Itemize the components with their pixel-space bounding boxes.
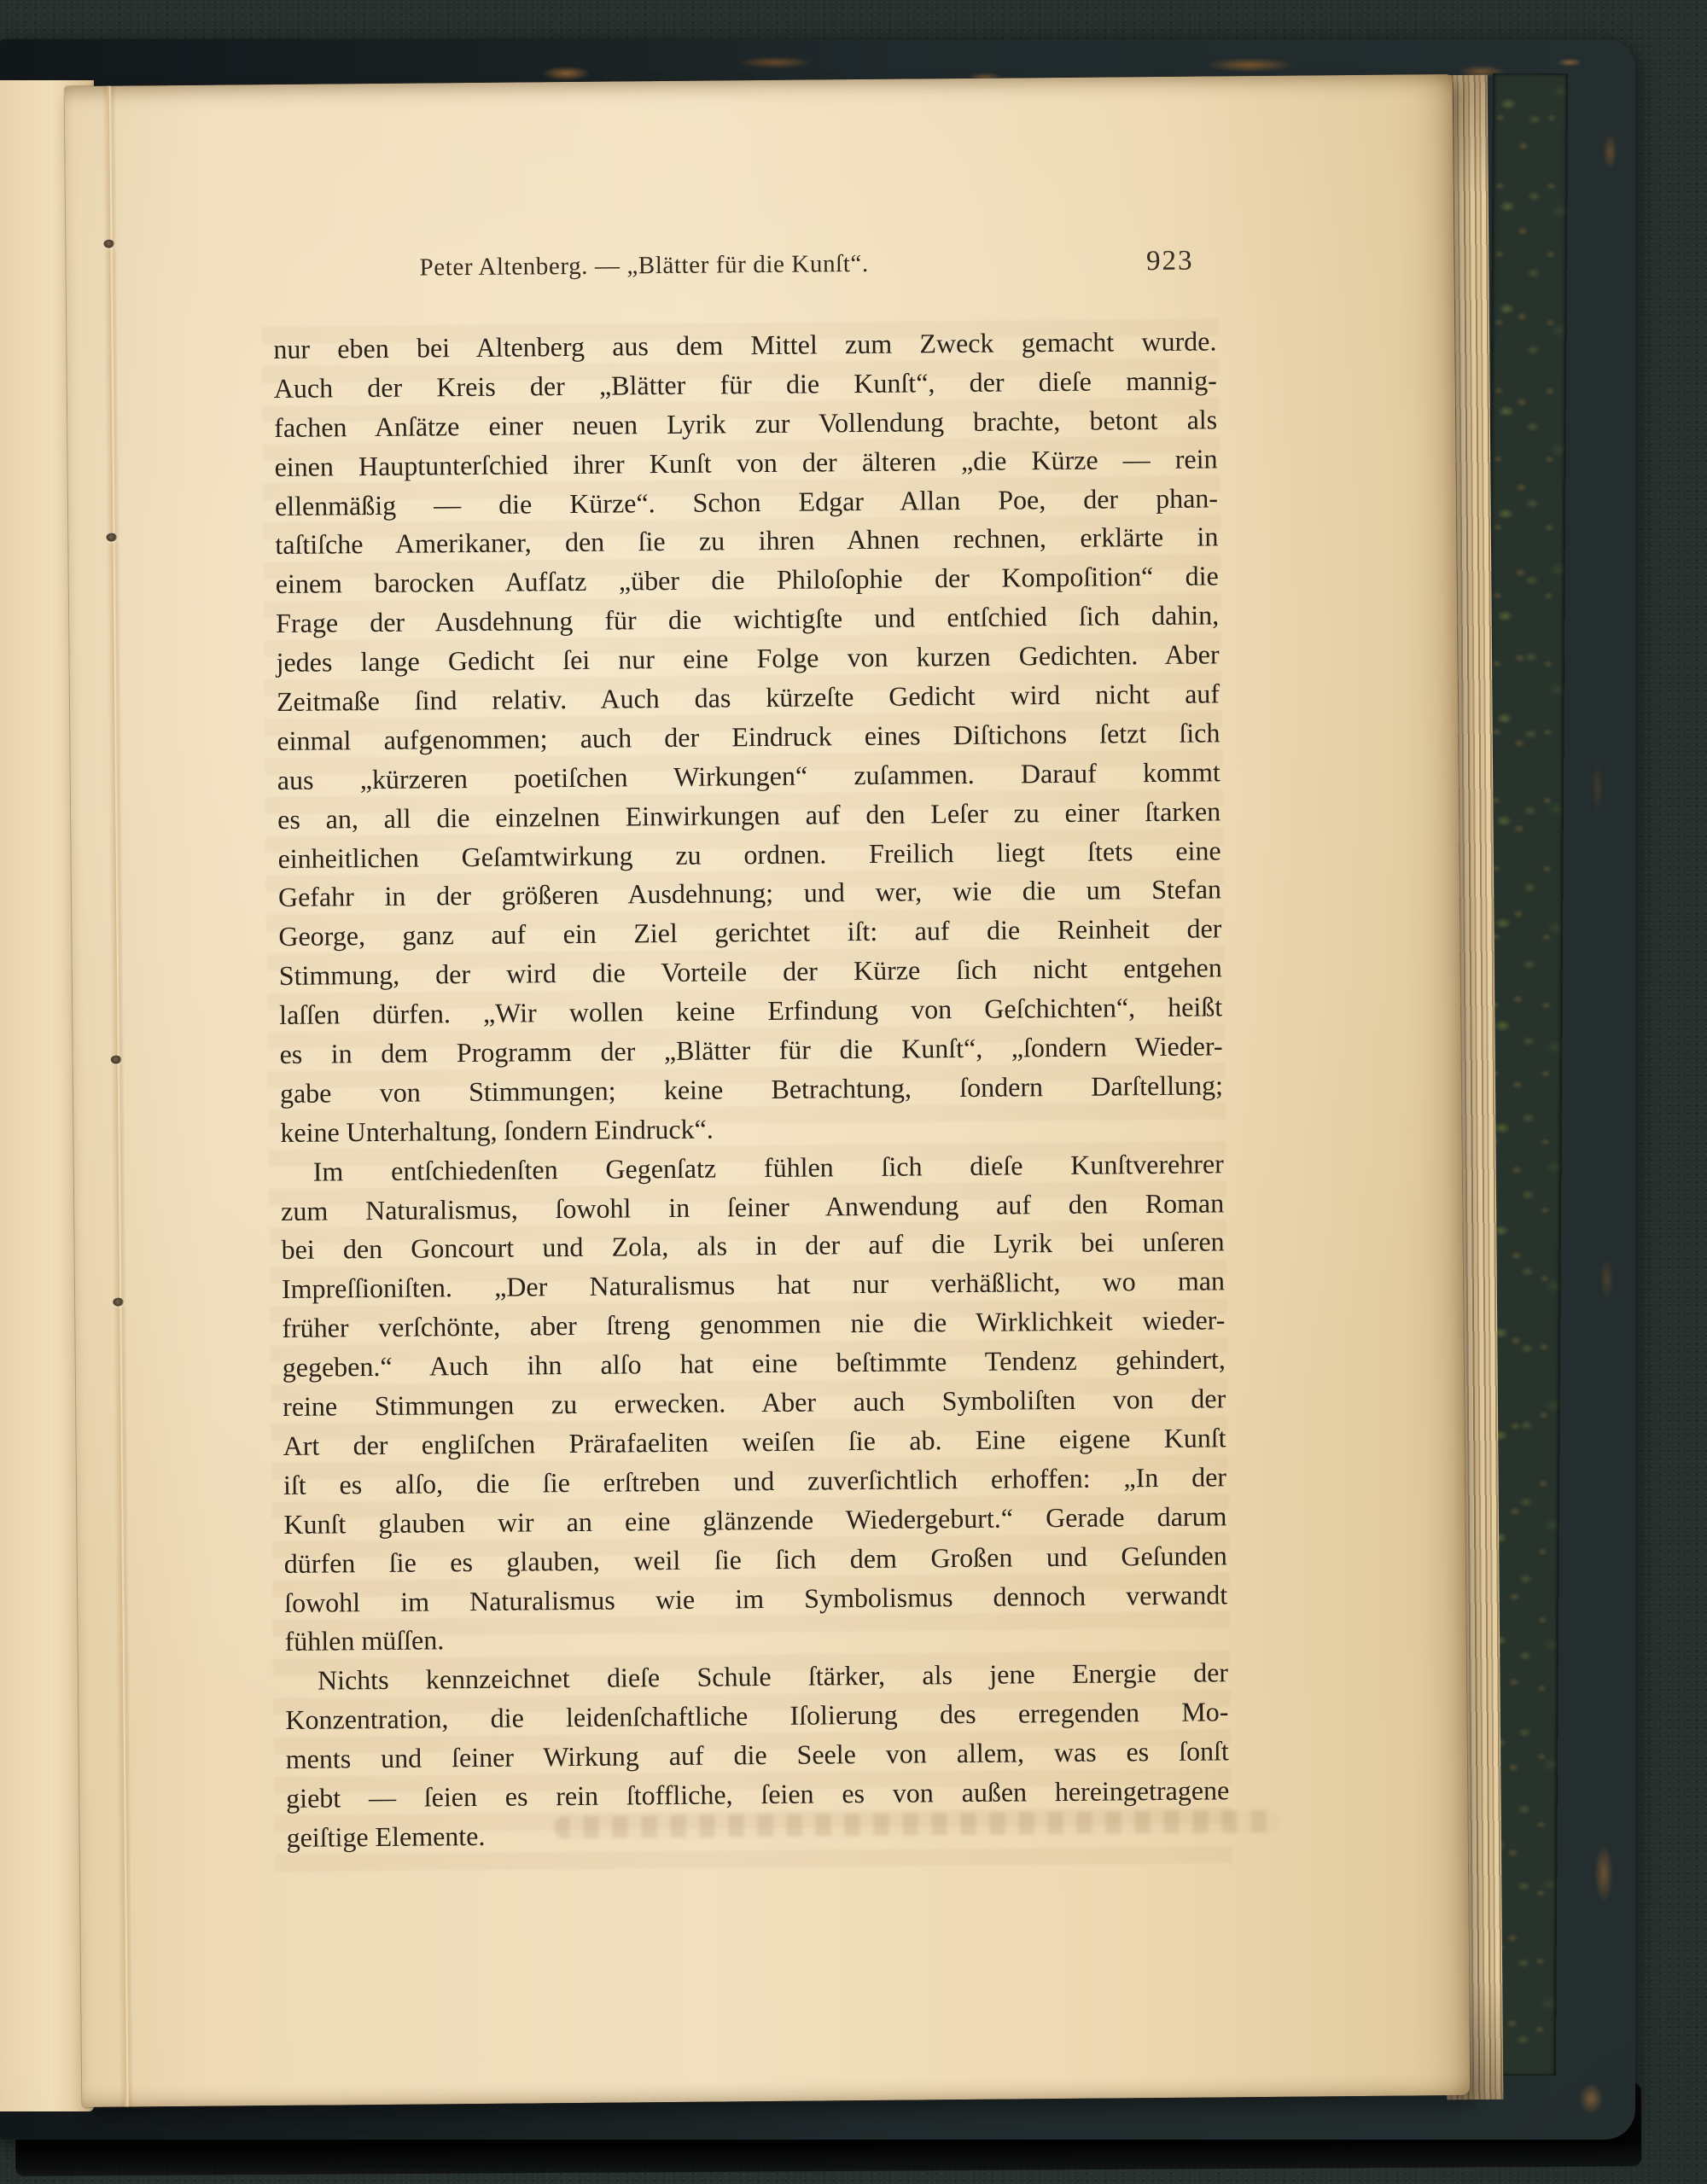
page-number: 923 [1146, 246, 1194, 277]
page-text: nur eben bei Altenberg aus dem Mittel zu… [273, 322, 1230, 1857]
book-page: Peter Altenberg. — „Blätter für die Kunſ… [65, 74, 1471, 2107]
page-header: Peter Altenberg. — „Blätter für die Kunſ… [272, 247, 1215, 293]
sewing-hole [106, 533, 117, 542]
cover-worn-edge-right [1572, 90, 1635, 2140]
text-line: geiſtige Elemente. [286, 1810, 1229, 1858]
gutter-crease [102, 86, 134, 2107]
text-line: gabe von Stimmungen; keine Betrachtung, … [280, 1066, 1223, 1114]
sewing-hole [113, 1298, 124, 1307]
running-title: Peter Altenberg. — „Blätter für die Kunſ… [419, 250, 868, 282]
text-line: giebt — ſeien es rein ſtoffliche, ſeien … [286, 1771, 1229, 1819]
sewing-hole [111, 1056, 122, 1064]
sewing-hole [103, 240, 114, 248]
book-photo: Peter Altenberg. — „Blätter für die Kunſ… [0, 0, 1707, 2184]
